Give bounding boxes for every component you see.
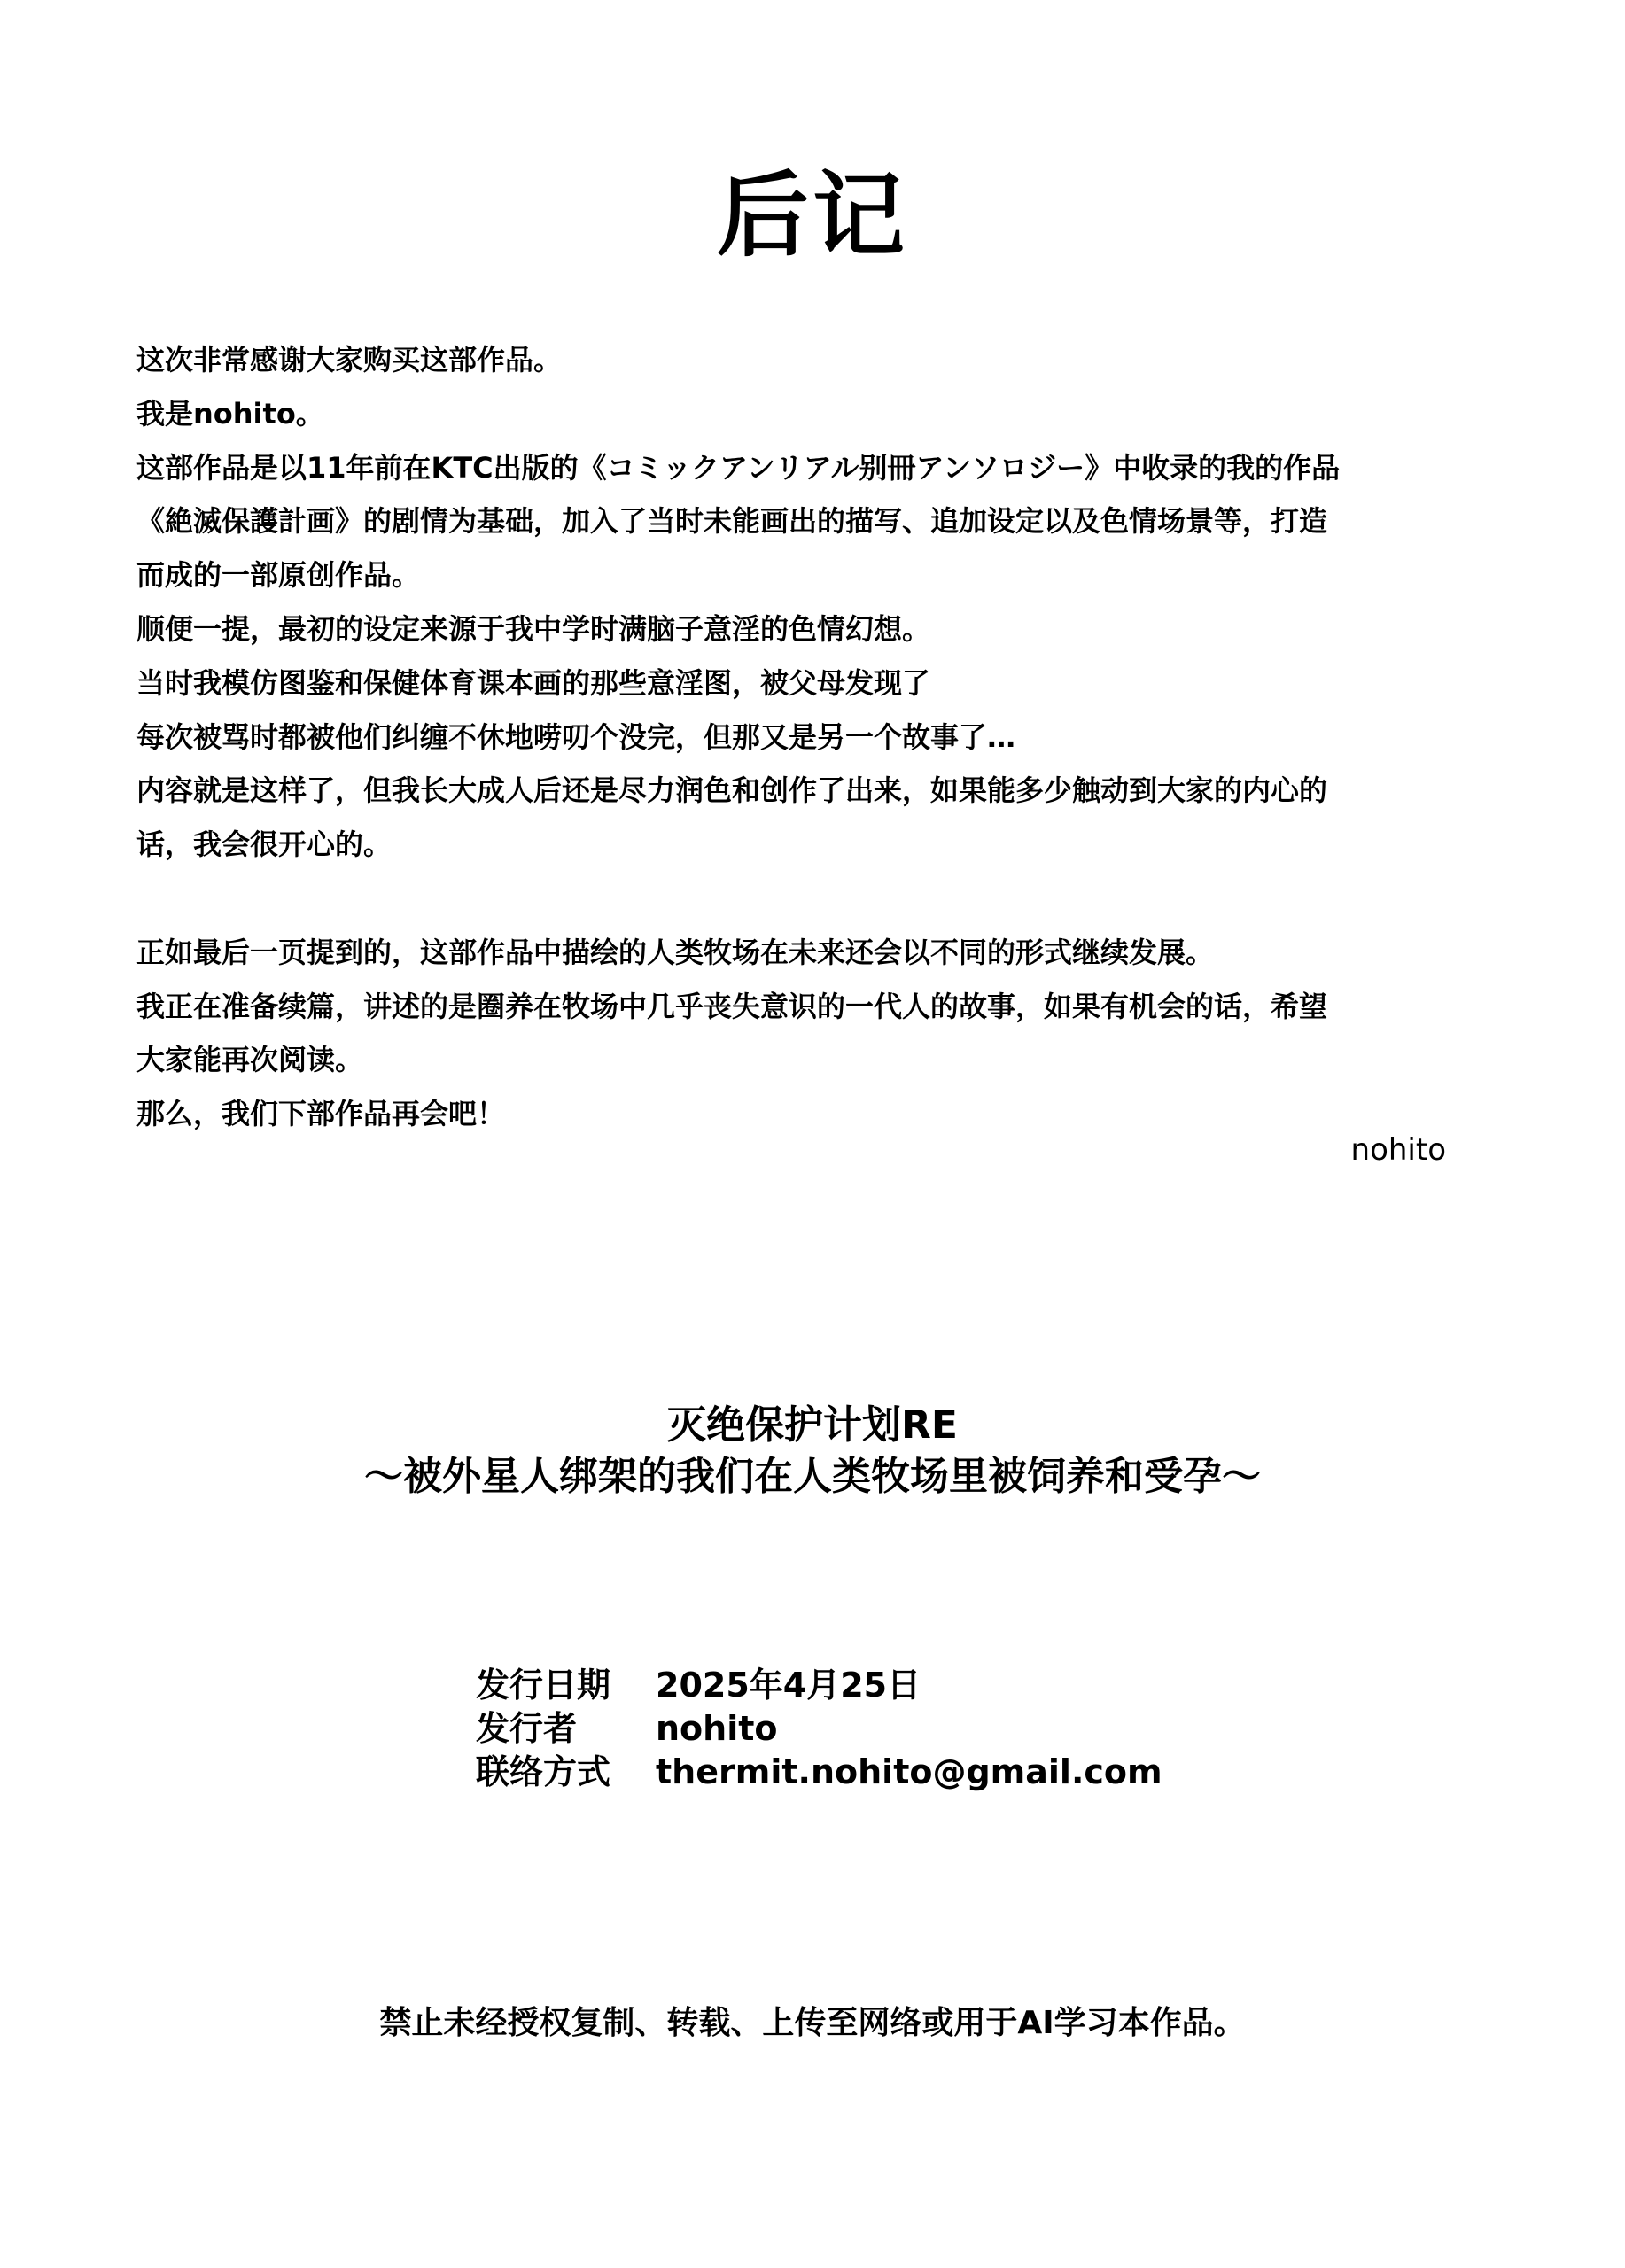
colophon-row-publisher: 发行者 nohito: [476, 1707, 1162, 1751]
contact-email: thermit.nohito@gmail.com: [656, 1751, 1162, 1794]
body-line: 内容就是这样了，但我长大成人后还是尽力润色和创作了出来，如果能多少触动到大家的内…: [136, 764, 1483, 818]
body-line: 而成的一部原创作品。: [136, 548, 1483, 602]
afterword-body: 这次非常感谢大家购买这部作品。 我是nohito。 这部作品是以11年前在KTC…: [136, 333, 1483, 1141]
body-line: 那么，我们下部作品再会吧！: [136, 1087, 1483, 1141]
body-line: 我正在准备续篇，讲述的是圈养在牧场中几乎丧失意识的一代人的故事，如果有机会的话，…: [136, 980, 1483, 1034]
colophon-row-contact: 联络方式 thermit.nohito@gmail.com: [476, 1751, 1162, 1794]
body-line: 当时我模仿图鉴和保健体育课本画的那些意淫图，被父母发现了: [136, 656, 1483, 711]
body-line: 《絶滅保護計画》的剧情为基础，加入了当时未能画出的描写、追加设定以及色情场景等，…: [136, 494, 1483, 548]
body-line: 话，我会很开心的。: [136, 818, 1483, 872]
body-line: 大家能再次阅读。: [136, 1033, 1483, 1087]
page-title: 后记: [0, 158, 1625, 273]
work-title: 灭绝保护计划RE ～被外星人绑架的我们在人类牧场里被饲养和受孕～: [0, 1400, 1625, 1503]
publisher: nohito: [656, 1707, 778, 1751]
body-line: 每次被骂时都被他们纠缠不休地唠叨个没完，但那又是另一个故事了…: [136, 711, 1483, 765]
colophon-row-date: 发行日期 2025年4月25日: [476, 1664, 1162, 1707]
copyright-notice: 禁止未经授权复制、转载、上传至网络或用于AI学习本作品。: [0, 2002, 1625, 2045]
colophon: 发行日期 2025年4月25日 发行者 nohito 联络方式 thermit.…: [476, 1664, 1162, 1794]
paragraph-gap: [136, 872, 1483, 926]
body-line: 我是nohito。: [136, 387, 1483, 441]
publish-date: 2025年4月25日: [656, 1664, 921, 1707]
work-title-main: 灭绝保护计划RE: [0, 1400, 1625, 1451]
work-title-subtitle: ～被外星人绑架的我们在人类牧场里被饲养和受孕～: [0, 1451, 1625, 1503]
colophon-label: 联络方式: [476, 1751, 656, 1794]
body-line: 顺便一提，最初的设定来源于我中学时满脑子意淫的色情幻想。: [136, 602, 1483, 656]
colophon-label: 发行者: [476, 1707, 656, 1751]
body-line: 正如最后一页提到的，这部作品中描绘的人类牧场在未来还会以不同的形式继续发展。: [136, 926, 1483, 980]
body-line: 这部作品是以11年前在KTC出版的《コミックアンリアル别冊アンソロジー》中收录的…: [136, 441, 1483, 495]
colophon-label: 发行日期: [476, 1664, 656, 1707]
author-signature: nohito: [1351, 1130, 1446, 1169]
body-line: 这次非常感谢大家购买这部作品。: [136, 333, 1483, 387]
